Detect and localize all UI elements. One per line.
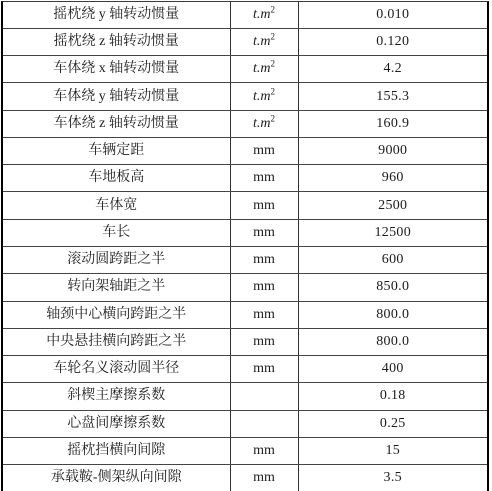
value-cell: 0.120 <box>298 28 487 55</box>
value-text: 0.18 <box>380 388 406 403</box>
unit-cell <box>230 410 298 437</box>
unit-cell: mm <box>230 192 298 219</box>
table-row: 斜楔主摩擦系数 0.18 <box>3 383 487 410</box>
unit-cell: mm <box>230 328 298 355</box>
parameter-name: 承载鞍-侧架纵向间隙 <box>51 470 182 485</box>
unit-text: mm <box>253 443 275 458</box>
table-row: 摇枕绕 z 轴转动惯量 t.m2 0.120 <box>3 28 487 55</box>
value-text: 0.120 <box>376 34 409 49</box>
table-row: 摇枕挡横向间隙 mm 15 <box>3 437 487 464</box>
value-text: 4.2 <box>384 61 402 76</box>
value-cell: 155.3 <box>298 83 487 110</box>
unit-text: mm <box>253 334 275 349</box>
value-cell: 12500 <box>298 219 487 246</box>
parameter-name: 车辆定距 <box>88 143 144 158</box>
unit-cell: t.m2 <box>230 110 298 137</box>
parameter-name: 车地板高 <box>88 170 144 185</box>
unit-text: t.m <box>253 7 271 22</box>
parameter-name: 车体绕 x 轴转动惯量 <box>53 61 179 76</box>
value-text: 600 <box>382 252 404 267</box>
parameter-name-cell: 转向架轴距之半 <box>3 274 230 301</box>
value-cell: 850.0 <box>298 274 487 301</box>
value-text: 2500 <box>378 198 407 213</box>
table-row: 车辆定距 mm 9000 <box>3 137 487 164</box>
parameter-name-cell: 车体绕 x 轴转动惯量 <box>3 56 230 83</box>
value-cell: 4.2 <box>298 56 487 83</box>
unit-text: t.m <box>253 89 271 104</box>
unit-exponent: 2 <box>271 59 276 69</box>
unit-text: t.m <box>253 116 271 131</box>
unit-text: mm <box>253 279 275 294</box>
parameter-name: 轴颈中心横向跨距之半 <box>46 307 186 322</box>
unit-text: mm <box>253 198 275 213</box>
value-cell: 800.0 <box>298 301 487 328</box>
table-row: 轴颈中心横向跨距之半 mm 800.0 <box>3 301 487 328</box>
parameter-name: 斜楔主摩擦系数 <box>67 388 165 403</box>
parameter-name-cell: 车体绕 y 轴转动惯量 <box>3 83 230 110</box>
table-row: 车轮名义滚动圆半径 mm 400 <box>3 356 487 383</box>
parameter-name-cell: 滚动圆跨距之半 <box>3 246 230 273</box>
parameter-name-cell: 摇枕绕 y 轴转动惯量 <box>3 2 230 28</box>
parameters-table: 摇枕绕 y 轴转动惯量 t.m2 0.010 摇枕绕 z 轴转动惯量 t.m2 … <box>1 1 489 491</box>
parameter-name: 车长 <box>102 225 130 240</box>
value-text: 12500 <box>375 225 412 240</box>
unit-cell: mm <box>230 465 298 491</box>
parameter-name: 车体绕 z 轴转动惯量 <box>54 116 179 131</box>
table-row: 车长 mm 12500 <box>3 219 487 246</box>
table-row: 转向架轴距之半 mm 850.0 <box>3 274 487 301</box>
parameter-name: 转向架轴距之半 <box>67 279 165 294</box>
parameter-name: 摇枕挡横向间隙 <box>67 443 165 458</box>
unit-cell: mm <box>230 137 298 164</box>
unit-cell: mm <box>230 437 298 464</box>
parameter-name: 摇枕绕 y 轴转动惯量 <box>53 7 179 22</box>
value-text: 3.5 <box>384 470 402 485</box>
unit-text: mm <box>253 170 275 185</box>
value-cell: 0.25 <box>298 410 487 437</box>
parameter-name-cell: 车长 <box>3 219 230 246</box>
table-row: 中央悬挂横向跨距之半 mm 800.0 <box>3 328 487 355</box>
unit-text: mm <box>253 225 275 240</box>
unit-cell: mm <box>230 301 298 328</box>
table-row: 车地板高 mm 960 <box>3 165 487 192</box>
value-text: 800.0 <box>376 307 409 322</box>
parameter-name: 心盘间摩擦系数 <box>67 416 165 431</box>
unit-text: t.m <box>253 34 271 49</box>
table-row: 车体绕 z 轴转动惯量 t.m2 160.9 <box>3 110 487 137</box>
unit-exponent: 2 <box>271 4 276 14</box>
parameter-name-cell: 中央悬挂横向跨距之半 <box>3 328 230 355</box>
parameter-name-cell: 轴颈中心横向跨距之半 <box>3 301 230 328</box>
unit-exponent: 2 <box>271 113 276 123</box>
parameter-name-cell: 车辆定距 <box>3 137 230 164</box>
value-cell: 960 <box>298 165 487 192</box>
value-text: 960 <box>382 170 404 185</box>
value-text: 0.25 <box>380 416 406 431</box>
parameter-name-cell: 摇枕绕 z 轴转动惯量 <box>3 28 230 55</box>
value-cell: 15 <box>298 437 487 464</box>
value-text: 400 <box>382 361 404 376</box>
value-text: 850.0 <box>376 279 409 294</box>
table-row: 车体宽 mm 2500 <box>3 192 487 219</box>
value-cell: 400 <box>298 356 487 383</box>
parameter-name: 车体绕 y 轴转动惯量 <box>53 89 179 104</box>
parameter-name-cell: 车体绕 z 轴转动惯量 <box>3 110 230 137</box>
parameter-name-cell: 车体宽 <box>3 192 230 219</box>
value-text: 800.0 <box>376 334 409 349</box>
unit-text: t.m <box>253 61 271 76</box>
value-text: 0.010 <box>376 7 409 22</box>
parameter-name: 滚动圆跨距之半 <box>67 252 165 267</box>
unit-text: mm <box>253 361 275 376</box>
unit-cell: t.m2 <box>230 83 298 110</box>
unit-cell: t.m2 <box>230 56 298 83</box>
value-cell: 0.18 <box>298 383 487 410</box>
parameter-name-cell: 摇枕挡横向间隙 <box>3 437 230 464</box>
table-row: 心盘间摩擦系数 0.25 <box>3 410 487 437</box>
parameter-name: 摇枕绕 z 轴转动惯量 <box>54 34 179 49</box>
unit-cell: t.m2 <box>230 28 298 55</box>
parameter-name-cell: 车地板高 <box>3 165 230 192</box>
parameter-name-cell: 承载鞍-侧架纵向间隙 <box>3 465 230 491</box>
value-text: 155.3 <box>376 89 409 104</box>
value-cell: 9000 <box>298 137 487 164</box>
table-row: 车体绕 y 轴转动惯量 t.m2 155.3 <box>3 83 487 110</box>
table-row: 承载鞍-侧架纵向间隙 mm 3.5 <box>3 465 487 491</box>
value-cell: 800.0 <box>298 328 487 355</box>
value-cell: 2500 <box>298 192 487 219</box>
unit-cell: mm <box>230 356 298 383</box>
unit-cell: mm <box>230 165 298 192</box>
value-text: 9000 <box>378 143 407 158</box>
unit-text: mm <box>253 143 275 158</box>
parameter-name: 中央悬挂横向跨距之半 <box>46 334 186 349</box>
parameter-name-cell: 斜楔主摩擦系数 <box>3 383 230 410</box>
unit-cell: mm <box>230 246 298 273</box>
unit-exponent: 2 <box>271 31 276 41</box>
value-cell: 0.010 <box>298 2 487 28</box>
unit-cell: t.m2 <box>230 2 298 28</box>
unit-cell: mm <box>230 274 298 301</box>
unit-exponent: 2 <box>271 86 276 96</box>
unit-cell: mm <box>230 219 298 246</box>
unit-text: mm <box>253 252 275 267</box>
table-row: 车体绕 x 轴转动惯量 t.m2 4.2 <box>3 56 487 83</box>
table-row: 摇枕绕 y 轴转动惯量 t.m2 0.010 <box>3 2 487 28</box>
value-cell: 160.9 <box>298 110 487 137</box>
parameter-name: 车轮名义滚动圆半径 <box>53 361 179 376</box>
value-text: 15 <box>385 443 400 458</box>
value-cell: 3.5 <box>298 465 487 491</box>
unit-text: mm <box>253 307 275 322</box>
table-row: 滚动圆跨距之半 mm 600 <box>3 246 487 273</box>
unit-text: mm <box>253 470 275 485</box>
parameter-name: 车体宽 <box>95 198 137 213</box>
parameter-name-cell: 心盘间摩擦系数 <box>3 410 230 437</box>
parameter-name-cell: 车轮名义滚动圆半径 <box>3 356 230 383</box>
unit-cell <box>230 383 298 410</box>
value-text: 160.9 <box>376 116 409 131</box>
parameters-table-grid: 摇枕绕 y 轴转动惯量 t.m2 0.010 摇枕绕 z 轴转动惯量 t.m2 … <box>3 2 487 491</box>
value-cell: 600 <box>298 246 487 273</box>
